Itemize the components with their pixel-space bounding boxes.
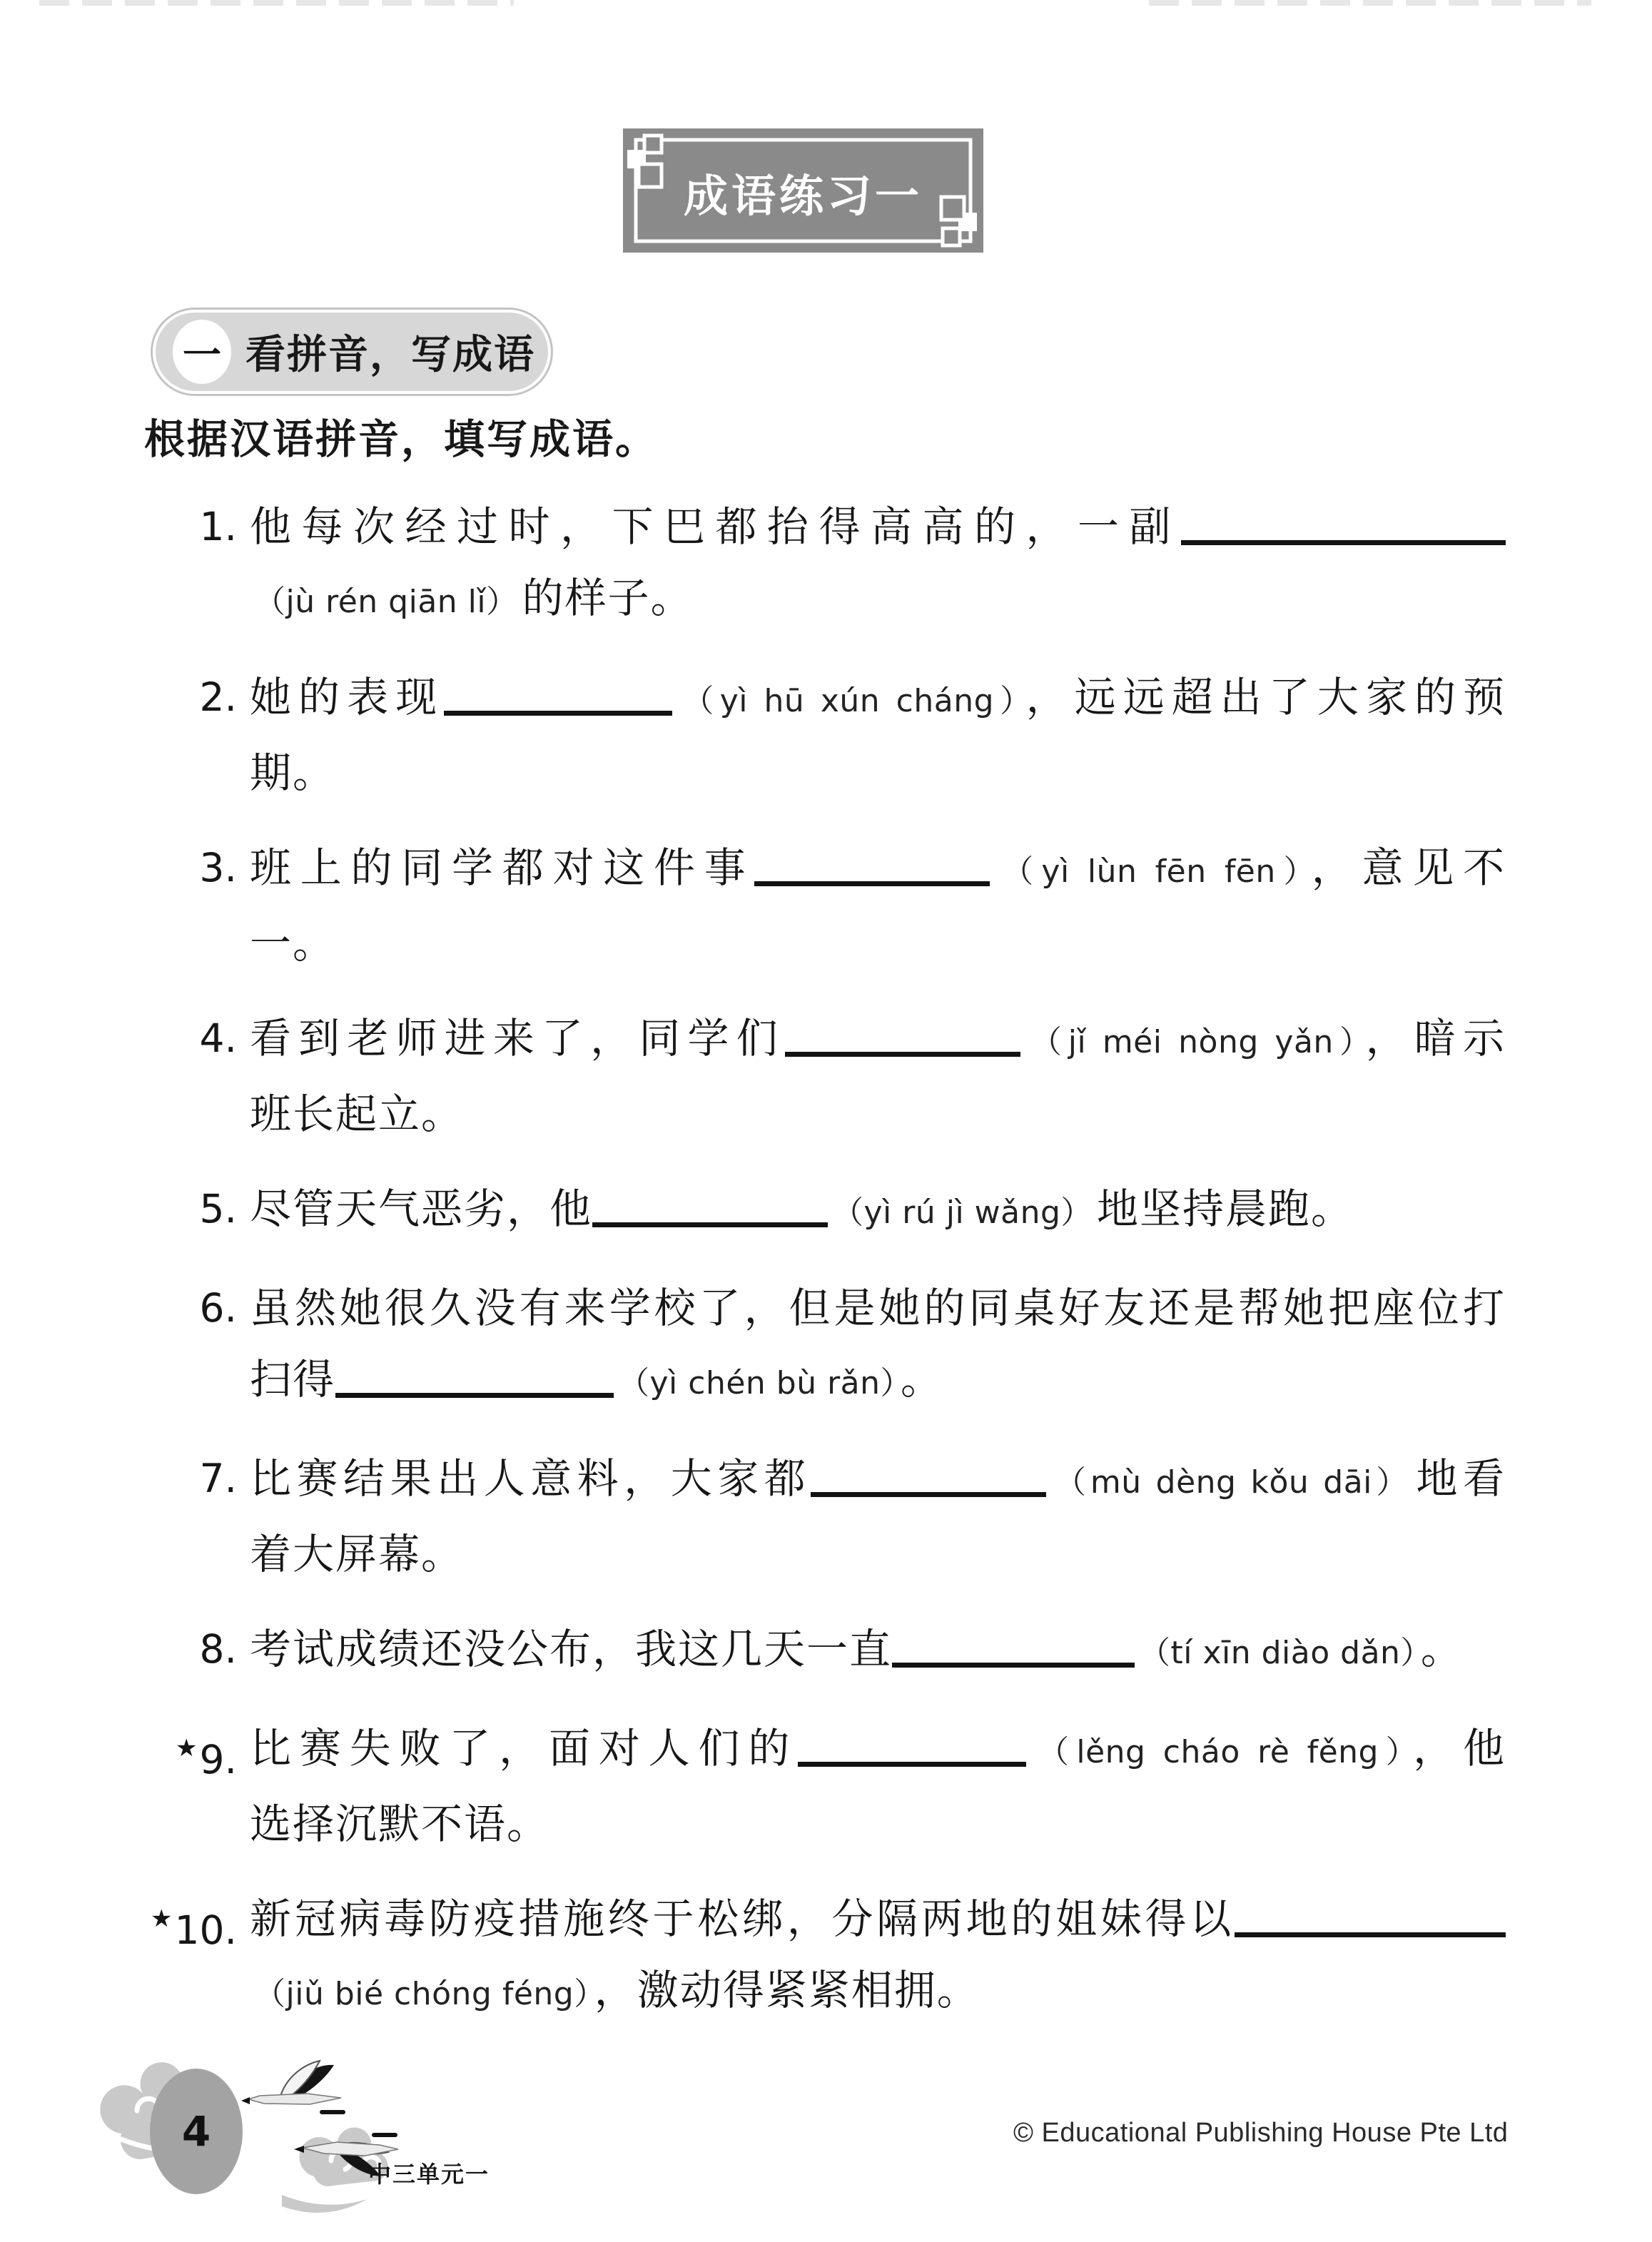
item-text-line: 新冠病毒防疫措施终于松绑，分隔两地的姐妹得以 xyxy=(250,1883,1506,1954)
answer-blank xyxy=(892,1634,1135,1668)
item-text: 班长起立。 xyxy=(250,1090,464,1138)
answer-blank xyxy=(1181,512,1506,545)
item-text-line: 选择沉默不语。 xyxy=(250,1788,1506,1860)
item-text-line: 考试成绩还没公布，我这几天一直（tí xīn diào dǎn）。 xyxy=(250,1613,1506,1689)
item-number: 6. xyxy=(150,1272,237,1419)
item-text: ，暗示 xyxy=(1366,1014,1506,1062)
exercise-item: 7.比赛结果出人意料，大家都（mù dèng kǒu dāi）地看着大屏幕。 xyxy=(150,1443,1509,1590)
item-text-line: 虽然她很久没有来学校了，但是她的同桌好友还是帮她把座位打 xyxy=(250,1272,1506,1344)
item-number: 5. xyxy=(150,1173,237,1249)
item-text: 扫得 xyxy=(250,1355,335,1404)
item-text-line: 她的表现（yì hū xún cháng），远远超出了大家的预 xyxy=(250,661,1506,737)
exercise-item: 3.班上的同学都对这件事（yì lùn fēn fēn），意见不一。 xyxy=(150,832,1509,979)
pinyin-hint: （jiǔ bié chóng féng） xyxy=(254,1976,590,2012)
pinyin-hint: （mù dèng kǒu dāi） xyxy=(1050,1464,1412,1501)
item-text-line: （jiǔ bié chóng féng），激动得紧紧相拥。 xyxy=(250,1954,1506,2030)
exercise-item: 5.尽管天气恶劣，他（yì rú jì wǎng）地坚持晨跑。 xyxy=(150,1173,1509,1249)
exercise-item: 4.看到老师进来了，同学们（jǐ méi nòng yǎn），暗示班长起立。 xyxy=(150,1003,1509,1150)
item-text-line: 比赛结果出人意料，大家都（mù dèng kǒu dāi）地看 xyxy=(250,1443,1506,1518)
item-text: 看到老师进来了，同学们 xyxy=(250,1014,785,1062)
instruction-text: 根据汉语拼音，填写成语。 xyxy=(144,407,658,465)
item-text-line: 比赛失败了，面对人们的（lěng cháo rè fěng），他 xyxy=(250,1713,1506,1788)
answer-blank xyxy=(1235,1904,1506,1937)
item-text-line: 着大屏幕。 xyxy=(250,1518,1506,1590)
item-text: 地看 xyxy=(1416,1454,1506,1503)
page-title: 成语练习一 xyxy=(623,128,983,253)
section-badge: 一 看拼音，写成语 xyxy=(156,313,548,391)
item-text-line: （jù rén qiān lǐ）的样子。 xyxy=(250,562,1506,638)
pinyin-hint: （yì chén bù rǎn） xyxy=(618,1365,896,1401)
answer-blank xyxy=(811,1464,1046,1497)
motion-dash-icon xyxy=(372,2133,397,2137)
item-text: 期。 xyxy=(250,749,335,797)
exercise-list: 1.他每次经过时，下巴都抬得高高的，一副（jù rén qiān lǐ）的样子。… xyxy=(150,491,1509,2054)
motion-dash-icon xyxy=(320,2110,345,2114)
item-text-line: 一。 xyxy=(250,908,1506,979)
pinyin-hint: （yì rú jì wǎng） xyxy=(832,1194,1093,1231)
item-text: 比赛失败了，面对人们的 xyxy=(250,1724,798,1772)
pinyin-hint: （jù rén qiān lǐ） xyxy=(254,584,518,620)
section-number: 一 xyxy=(183,325,221,380)
item-number: ★9. xyxy=(150,1713,237,1860)
item-text: 的样子。 xyxy=(522,574,694,622)
star-icon: ★ xyxy=(176,1734,197,1762)
item-text: ，激动得紧紧相拥。 xyxy=(594,1966,980,2014)
item-number: ★10. xyxy=(150,1883,237,2030)
item-number: 4. xyxy=(150,1003,237,1150)
answer-blank xyxy=(335,1364,614,1398)
exercise-item: 1.他每次经过时，下巴都抬得高高的，一副（jù rén qiān lǐ）的样子。 xyxy=(150,491,1509,638)
item-text: 一。 xyxy=(250,919,335,968)
item-text: 选择沉默不语。 xyxy=(250,1800,549,1848)
item-text-line: 班上的同学都对这件事（yì lùn fēn fēn），意见不 xyxy=(250,832,1506,908)
exercise-item: ★10.新冠病毒防疫措施终于松绑，分隔两地的姐妹得以（jiǔ bié chóng… xyxy=(150,1883,1509,2030)
item-text: 。 xyxy=(901,1355,943,1404)
item-text: 他每次经过时，下巴都抬得高高的，一副 xyxy=(250,502,1181,551)
item-text-line: 班长起立。 xyxy=(250,1078,1506,1150)
worksheet-page: 成语练习一 一 看拼音，写成语 根据汉语拼音，填写成语。 1.他每次经过时，下巴… xyxy=(0,0,1652,2242)
answer-blank xyxy=(754,853,990,886)
item-text: 着大屏幕。 xyxy=(250,1530,464,1578)
item-text: 比赛结果出人意料，大家都 xyxy=(250,1454,811,1503)
item-text: 尽管天气恶劣，他 xyxy=(250,1185,592,1233)
item-text-line: 他每次经过时，下巴都抬得高高的，一副 xyxy=(250,491,1506,562)
section-title: 看拼音，写成语 xyxy=(245,323,535,380)
item-text-line: 看到老师进来了，同学们（jǐ méi nòng yǎn），暗示 xyxy=(250,1003,1506,1078)
item-number: 3. xyxy=(150,832,237,979)
copyright-text: © Educational Publishing House Pte Ltd xyxy=(1013,2118,1508,2149)
top-edge-marks xyxy=(39,0,514,6)
item-text: 虽然她很久没有来学校了，但是她的同桌好友还是帮她把座位打 xyxy=(250,1284,1506,1332)
answer-blank xyxy=(785,1023,1020,1057)
answer-blank xyxy=(798,1733,1026,1767)
exercise-item: 8.考试成绩还没公布，我这几天一直（tí xīn diào dǎn）。 xyxy=(150,1613,1509,1689)
answer-blank xyxy=(444,682,672,716)
item-text: ，意见不 xyxy=(1312,843,1506,892)
item-text: ，他 xyxy=(1413,1724,1506,1772)
answer-blank xyxy=(592,1194,828,1227)
item-number: 1. xyxy=(150,491,237,638)
item-text-line: 期。 xyxy=(250,737,1506,808)
title-box: 成语练习一 xyxy=(623,128,983,253)
unit-label: 中三单元一 xyxy=(368,2156,490,2189)
item-number: 2. xyxy=(150,661,237,808)
item-number: 8. xyxy=(150,1613,237,1689)
page-number: 4 xyxy=(182,2107,211,2156)
item-text: 地坚持晨跑。 xyxy=(1097,1185,1354,1233)
item-text-line: 尽管天气恶劣，他（yì rú jì wǎng）地坚持晨跑。 xyxy=(250,1173,1506,1249)
exercise-item: ★9.比赛失败了，面对人们的（lěng cháo rè fěng），他选择沉默不… xyxy=(150,1713,1509,1860)
page-number-badge: 4 xyxy=(150,2069,243,2194)
item-text: 她的表现 xyxy=(250,673,444,721)
star-icon: ★ xyxy=(151,1904,172,1933)
item-text: ，远远超出了大家的预 xyxy=(1026,673,1506,721)
pinyin-hint: （lěng cháo rè fěng） xyxy=(1030,1734,1409,1770)
section-number-circle: 一 xyxy=(173,320,231,384)
item-text: 班上的同学都对这件事 xyxy=(250,843,754,892)
item-text: 新冠病毒防疫措施终于松绑，分隔两地的姐妹得以 xyxy=(250,1894,1235,1943)
top-edge-marks xyxy=(1149,0,1591,6)
pinyin-hint: （tí xīn diào dǎn） xyxy=(1139,1635,1417,1671)
pinyin-hint: （yì lùn fēn fēn） xyxy=(994,853,1307,890)
pinyin-hint: （jǐ méi nòng yǎn） xyxy=(1025,1024,1362,1060)
pinyin-hint: （yì hū xún cháng） xyxy=(676,683,1021,719)
exercise-item: 6.虽然她很久没有来学校了，但是她的同桌好友还是帮她把座位打扫得（yì chén… xyxy=(150,1272,1509,1419)
item-number: 7. xyxy=(150,1443,237,1590)
exercise-item: 2.她的表现（yì hū xún cháng），远远超出了大家的预期。 xyxy=(150,661,1509,808)
item-text-line: 扫得（yì chén bù rǎn）。 xyxy=(250,1344,1506,1419)
item-text: 。 xyxy=(1421,1625,1464,1673)
item-text: 考试成绩还没公布，我这几天一直 xyxy=(250,1625,892,1673)
